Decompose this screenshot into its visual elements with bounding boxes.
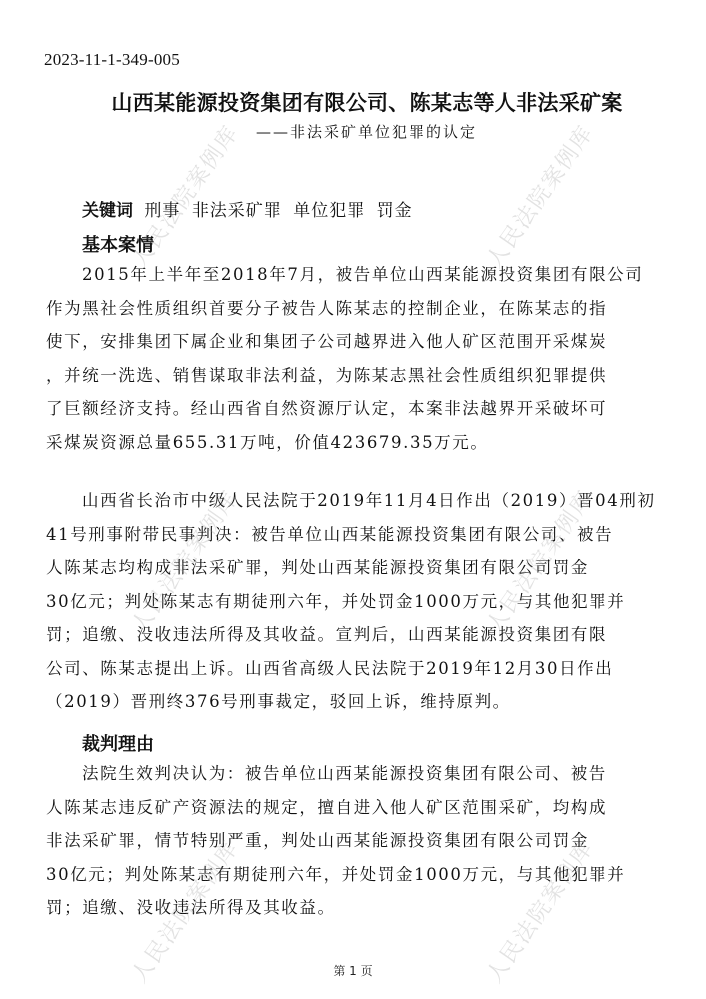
text-line: 山西省长治市中级人民法院于2019年11月4日作出（2019）晋04刑初 bbox=[46, 484, 662, 518]
text-line: 使下，安排集团下属企业和集团子公司越界进入他人矿区范围开采煤炭 bbox=[46, 325, 662, 359]
text-line: 罚；追缴、没收违法所得及其收益。宣判后，山西某能源投资集团有限 bbox=[46, 618, 662, 652]
text-line: 人陈某志违反矿产资源法的规定，擅自进入他人矿区范围采矿，均构成 bbox=[46, 791, 662, 825]
watermark: 人民法院案例库 bbox=[478, 118, 600, 273]
keyword-item: 罚金 bbox=[377, 201, 413, 221]
paragraph-facts-2: 山西省长治市中级人民法院于2019年11月4日作出（2019）晋04刑初 41号… bbox=[46, 484, 662, 719]
case-subtitle: ——非法采矿单位犯罪的认定 bbox=[256, 121, 477, 142]
page-number: 第 1 页 bbox=[0, 962, 706, 979]
text-line: 41号刑事附带民事判决：被告单位山西某能源投资集团有限公司、被告 bbox=[46, 518, 662, 552]
keywords-label: 关键词 bbox=[82, 201, 133, 221]
text-line: 法院生效判决认为：被告单位山西某能源投资集团有限公司、被告 bbox=[46, 757, 662, 791]
text-line: 公司、陈某志提出上诉。山西省高级人民法院于2019年12月30日作出 bbox=[46, 652, 662, 686]
keyword-item: 刑事 bbox=[144, 201, 180, 221]
section-heading-reasoning: 裁判理由 bbox=[82, 730, 154, 756]
paragraph-facts-1: 2015年上半年至2018年7月，被告单位山西某能源投资集团有限公司 作为黑社会… bbox=[46, 258, 662, 459]
case-title: 山西某能源投资集团有限公司、陈某志等人非法采矿案 bbox=[0, 87, 706, 117]
text-line: 非法采矿罪，情节特别严重，判处山西某能源投资集团有限公司罚金 bbox=[46, 824, 662, 858]
document-id: 2023-11-1-349-005 bbox=[44, 50, 180, 70]
text-line: 罚；追缴、没收违法所得及其收益。 bbox=[46, 891, 662, 925]
text-line: （2019）晋刑终376号刑事裁定，驳回上诉，维持原判。 bbox=[46, 685, 662, 719]
keywords-line: 关键词 刑事 非法采矿罪 单位犯罪 罚金 bbox=[82, 196, 413, 221]
paragraph-reasoning: 法院生效判决认为：被告单位山西某能源投资集团有限公司、被告 人陈某志违反矿产资源… bbox=[46, 757, 662, 925]
keyword-item: 单位犯罪 bbox=[293, 201, 365, 221]
text-line: 30亿元；判处陈某志有期徒刑六年，并处罚金1000万元，与其他犯罪并 bbox=[46, 585, 662, 619]
text-line: 作为黑社会性质组织首要分子被告人陈某志的控制企业，在陈某志的指 bbox=[46, 292, 662, 326]
text-line: 采煤炭资源总量655.31万吨，价值423679.35万元。 bbox=[46, 426, 662, 460]
keyword-item: 非法采矿罪 bbox=[192, 201, 282, 221]
text-line: 了巨额经济支持。经山西省自然资源厅认定，本案非法越界开采破坏可 bbox=[46, 392, 662, 426]
text-line: ，并统一洗选、销售谋取非法利益，为陈某志黑社会性质组织犯罪提供 bbox=[46, 359, 662, 393]
section-heading-basic-facts: 基本案情 bbox=[82, 231, 154, 257]
text-line: 2015年上半年至2018年7月，被告单位山西某能源投资集团有限公司 bbox=[46, 258, 662, 292]
text-line: 30亿元；判处陈某志有期徒刑六年，并处罚金1000万元，与其他犯罪并 bbox=[46, 858, 662, 892]
text-line: 人陈某志均构成非法采矿罪，判处山西某能源投资集团有限公司罚金 bbox=[46, 551, 662, 585]
